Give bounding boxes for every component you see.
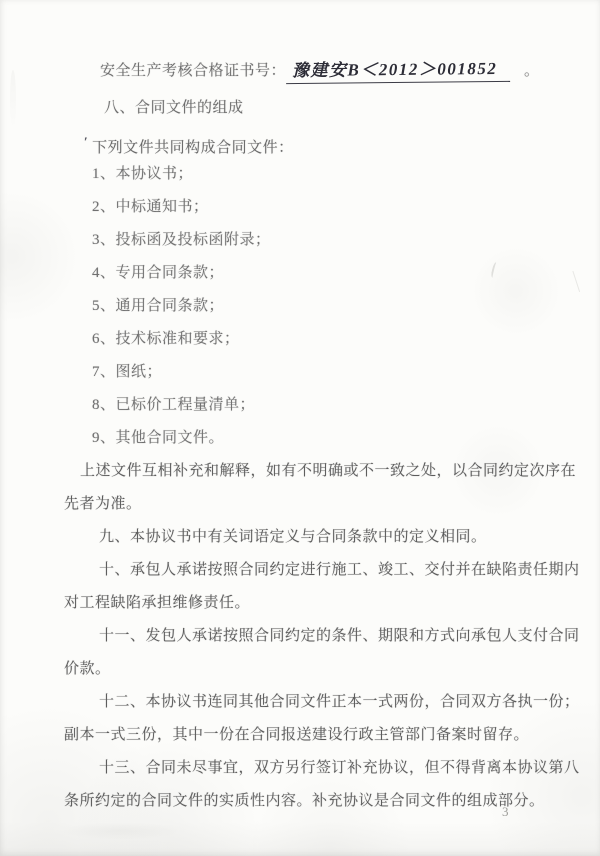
list-item: 9、其他合同文件。: [64, 422, 560, 455]
cert-number-line: 安全生产考核合格证书号：豫建安B＜2012＞001852。: [64, 50, 560, 92]
clause-line: 十、承包人承诺按照合同约定进行施工、竣工、交付并在缺陷责任期内: [64, 554, 560, 587]
list-item: 6、技术标准和要求；: [64, 323, 560, 356]
clause-line: 条所约定的合同文件的实质性内容。补充协议是合同文件的组成部分。: [64, 785, 560, 818]
scan-artifact: [60, 822, 180, 840]
document-content: 安全生产考核合格证书号：豫建安B＜2012＞001852。 八、合同文件的组成 …: [0, 0, 600, 818]
clause-line: 价款。: [64, 653, 560, 686]
clause-line: 先者为准。: [64, 488, 560, 521]
clause-line: 副本一式三份，其中一份在合同报送建设行政主管部门备案时留存。: [64, 719, 560, 752]
clause-line: 九、本协议书中有关词语定义与合同条款中的定义相同。: [64, 521, 560, 554]
intro-text: 下列文件共同构成合同文件：: [92, 140, 294, 156]
cert-label: 安全生产考核合格证书号：: [100, 63, 286, 79]
section-heading: 八、合同文件的组成: [64, 92, 560, 125]
list-item: 7、图纸；: [64, 356, 560, 389]
clause-line: 上述文件互相补充和解释，如有不明确或不一致之处，以合同约定次序在: [64, 455, 560, 488]
list-item: 2、中标通知书；: [64, 191, 560, 224]
page-number: 3: [502, 804, 509, 820]
contract-documents-list: 1、本协议书；2、中标通知书；3、投标函及投标函附录；4、专用合同条款；5、通用…: [64, 158, 560, 455]
clause-line: 十三、合同未尽事宜，双方另行签订补充协议，但不得背离本协议第八: [64, 752, 560, 785]
clause-line: 对工程缺陷承担维修责任。: [64, 587, 560, 620]
tick-mark: ′: [84, 134, 88, 149]
scanned-page: 安全生产考核合格证书号：豫建安B＜2012＞001852。 八、合同文件的组成 …: [0, 0, 600, 856]
list-item: 8、已标价工程量清单；: [64, 389, 560, 422]
clause-line: 十一、发包人承诺按照合同约定的条件、期限和方式向承包人支付合同: [64, 620, 560, 653]
handwritten-cert-number: 豫建安B＜2012＞001852: [286, 58, 510, 84]
clause-line: 十二、本协议书连同其他合同文件正本一式两份，合同双方各执一份；: [64, 686, 560, 719]
list-item: 5、通用合同条款；: [64, 290, 560, 323]
list-item: 4、专用合同条款；: [64, 257, 560, 290]
contract-clauses: 上述文件互相补充和解释，如有不明确或不一致之处，以合同约定次序在先者为准。九、本…: [64, 455, 560, 818]
list-item: 3、投标函及投标函附录；: [64, 224, 560, 257]
period-mark: 。: [524, 63, 540, 79]
list-item: 1、本协议书；: [64, 158, 560, 191]
intro-line: ′下列文件共同构成合同文件：: [64, 125, 560, 158]
